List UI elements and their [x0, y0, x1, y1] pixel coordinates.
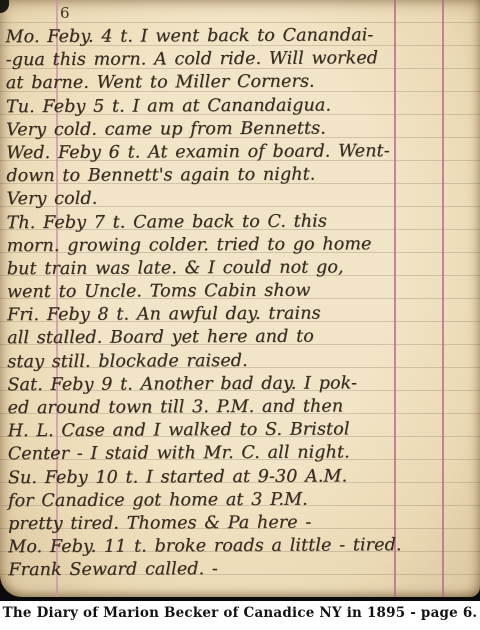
diary-line: Su. Feby 10 t. I started at 9-30 A.M.: [8, 464, 479, 490]
diary-line: ed around town till 3. P.M. and then: [7, 395, 478, 421]
diary-line: Th. Feby 7 t. Came back to C. this: [7, 209, 478, 235]
caption-text: The Diary of Marion Becker of Canadice N…: [0, 605, 480, 621]
diary-line: went to Uncle. Toms Cabin show: [7, 279, 478, 305]
diary-line: -gua this morn. A cold ride. Will worked: [6, 47, 477, 73]
diary-line: morn. growing colder. tried to go home: [7, 232, 478, 258]
diary-line: Mo. Feby. 11 t. broke roads a little - t…: [8, 534, 479, 560]
diary-line: stay still. blockade raised.: [7, 348, 478, 374]
screenshot: 6 Mo. Feby. 4 t. I went back to Canandai…: [0, 0, 480, 630]
diary-line: Sat. Feby 9 t. Another bad day. I pok-: [7, 372, 478, 398]
diary-line: all stalled. Board yet here and to: [7, 325, 478, 351]
diary-line: Tu. Feby 5 t. I am at Canandaigua.: [6, 93, 477, 119]
diary-page: 6 Mo. Feby. 4 t. I went back to Canandai…: [0, 0, 480, 597]
diary-line: Very cold.: [6, 186, 477, 212]
diary-line: for Canadice got home at 3 P.M.: [8, 488, 479, 514]
diary-line: at barne. Went to Miller Corners.: [6, 70, 477, 96]
diary-line: Very cold. came up from Bennetts.: [6, 117, 477, 143]
diary-line: down to Bennett's again to night.: [6, 163, 477, 189]
diary-page-photo: 6 Mo. Feby. 4 t. I went back to Canandai…: [0, 0, 480, 601]
handwriting-text: Mo. Feby. 4 t. I went back to Canandai--…: [6, 24, 480, 583]
diary-line: pretty tired. Thomes & Pa here -: [8, 511, 479, 537]
diary-line: Frank Seward called. -: [8, 557, 479, 583]
diary-line: Fri. Feby 8 t. An awful day. trains: [7, 302, 478, 328]
diary-line: Wed. Feby 6 t. At examin of board. Went-: [6, 140, 477, 166]
diary-line: Center - I staid with Mr. C. all night.: [8, 441, 479, 467]
page-number: 6: [60, 4, 71, 22]
diary-line: H. L. Case and I walked to S. Bristol: [8, 418, 479, 444]
caption-bar: The Diary of Marion Becker of Canadice N…: [0, 601, 480, 630]
diary-line: but train was late. & I could not go,: [7, 256, 478, 282]
diary-line: Mo. Feby. 4 t. I went back to Canandai-: [6, 24, 477, 50]
